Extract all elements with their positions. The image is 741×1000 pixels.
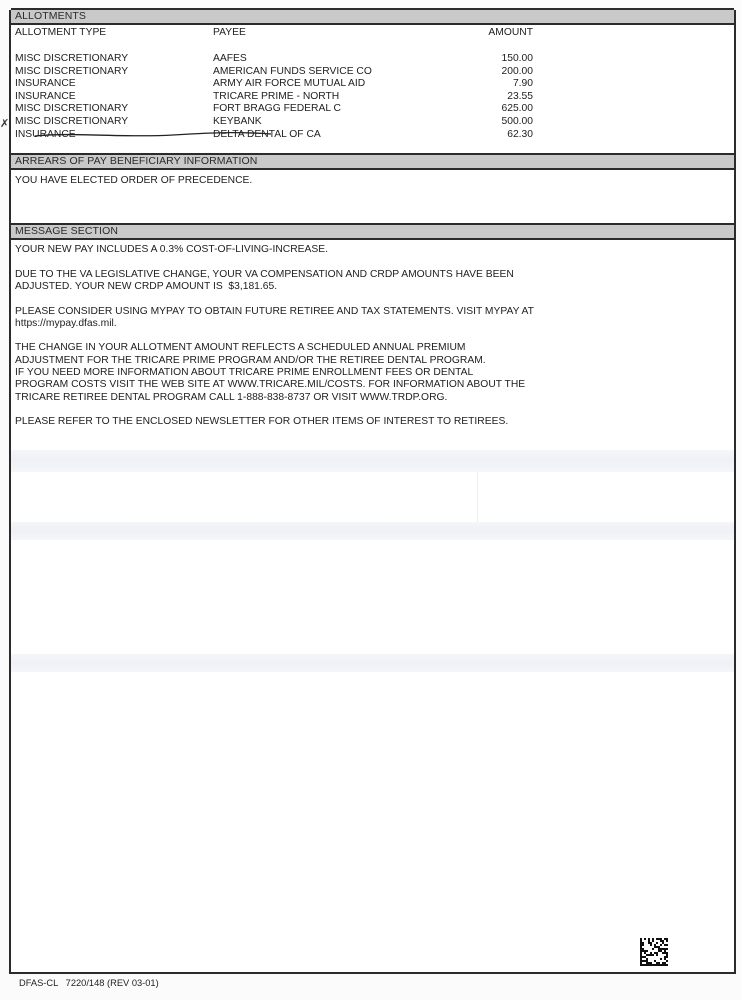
payee-cell: FORT BRAGG FEDERAL C xyxy=(213,103,341,116)
arrears-header: ARREARS OF PAY BENEFICIARY INFORMATION xyxy=(11,153,734,170)
message-paragraph: THE CHANGE IN YOUR ALLOTMENT AMOUNT REFL… xyxy=(15,342,525,403)
allotment-type-cell: MISC DISCRETIONARY xyxy=(15,116,128,129)
amount-cell: 625.00 xyxy=(471,103,533,116)
payee-cell: TRICARE PRIME - NORTH xyxy=(213,91,339,104)
bleed-through-band xyxy=(11,654,734,672)
allotment-type-cell: MISC DISCRETIONARY xyxy=(15,53,128,66)
allotments-header: ALLOTMENTS xyxy=(11,8,734,25)
amount-cell: 23.55 xyxy=(471,91,533,104)
message-section-header: MESSAGE SECTION xyxy=(11,223,734,240)
bleed-through-band xyxy=(11,522,734,540)
pen-mark: ✗ xyxy=(0,117,9,130)
allotment-type-cell: MISC DISCRETIONARY xyxy=(15,103,128,116)
amount-cell: 500.00 xyxy=(471,116,533,129)
column-header-allotment-type: ALLOTMENT TYPE xyxy=(15,27,106,40)
payee-cell: KEYBANK xyxy=(213,116,262,129)
statement-frame: ALLOTMENTS ALLOTMENT TYPE PAYEE AMOUNT M… xyxy=(9,10,736,974)
payee-cell: ARMY AIR FORCE MUTUAL AID xyxy=(213,78,365,91)
allotment-type-cell: INSURANCE xyxy=(15,78,76,91)
bleed-through-divider xyxy=(477,472,478,522)
allotment-type-cell: MISC DISCRETIONARY xyxy=(15,66,128,79)
payee-cell: AMERICAN FUNDS SERVICE CO xyxy=(213,66,372,79)
bleed-through-band xyxy=(11,450,734,472)
allotment-type-cell: INSURANCE xyxy=(15,91,76,104)
message-paragraph: YOUR NEW PAY INCLUDES A 0.3% COST-OF-LIV… xyxy=(15,244,328,256)
column-header-payee: PAYEE xyxy=(213,27,246,40)
column-header-amount: AMOUNT xyxy=(471,27,533,40)
handwritten-underline xyxy=(33,130,273,140)
payee-cell: AAFES xyxy=(213,53,247,66)
amount-cell: 7.90 xyxy=(471,78,533,91)
message-paragraph: DUE TO THE VA LEGISLATIVE CHANGE, YOUR V… xyxy=(15,269,514,294)
amount-cell: 62.30 xyxy=(471,129,533,142)
amount-cell: 200.00 xyxy=(471,66,533,79)
message-paragraph: PLEASE CONSIDER USING MYPAY TO OBTAIN FU… xyxy=(15,306,534,331)
amount-cell: 150.00 xyxy=(471,53,533,66)
message-paragraph: PLEASE REFER TO THE ENCLOSED NEWSLETTER … xyxy=(15,416,508,428)
arrears-text: YOU HAVE ELECTED ORDER OF PRECEDENCE. xyxy=(15,175,252,188)
form-identifier: DFAS-CL 7220/148 (REV 03-01) xyxy=(19,978,159,988)
datamatrix-barcode xyxy=(640,938,668,966)
